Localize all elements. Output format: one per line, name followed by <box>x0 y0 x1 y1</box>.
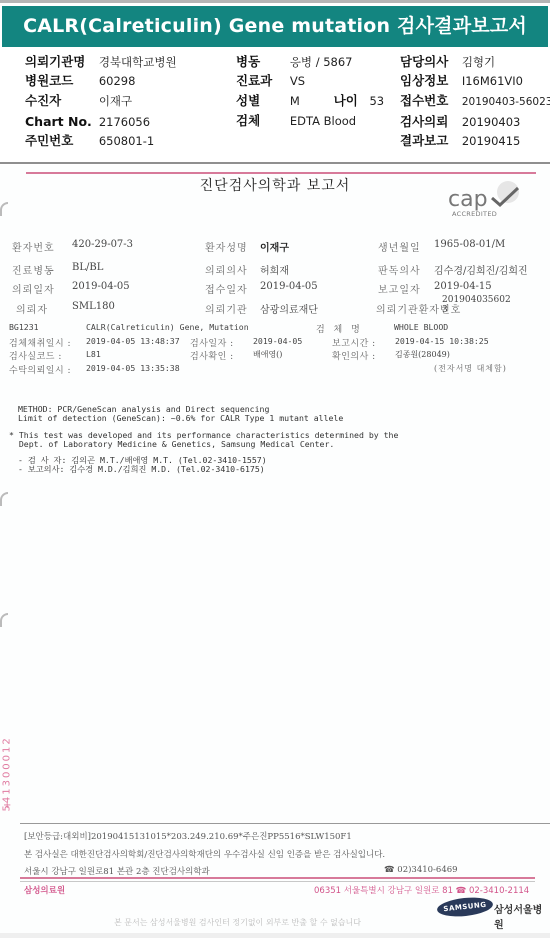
summary-value: 2176056 <box>99 114 150 130</box>
summary-label: 성별 <box>236 93 286 109</box>
summary-label: 병원코드 <box>25 73 95 89</box>
certification-line: 본 검사실은 대한진단검사의학회/진단검사의학재단의 우수검사실 신임 인증을 … <box>24 848 385 860</box>
report-time-label: 보고시간 : <box>332 336 376 349</box>
room-code-label: 검사실코드 : <box>9 349 62 362</box>
method-line: Limit of detection (GeneScan): ~0.6% for… <box>18 413 343 423</box>
summary-label: 임상정보 <box>400 73 458 89</box>
bottom-band <box>0 933 550 938</box>
top-border <box>0 0 550 3</box>
summary-label: 검체 <box>236 113 286 129</box>
security-line: [보안등급:대외비]20190415131015*203.249.210.69*… <box>24 830 352 842</box>
receive-value: 2019-04-05 13:35:38 <box>86 363 180 373</box>
summary-row: 성별 M 나이 53 <box>236 93 384 109</box>
summary-value: 60298 <box>99 73 136 89</box>
summary-label: 담당의사 <box>400 54 458 70</box>
summary-row: 주민번호 650801-1 <box>25 133 154 149</box>
summary-label: Chart No. <box>25 114 95 130</box>
receive-label: 수탁의뢰일시 : <box>9 363 71 376</box>
pink-rule <box>20 877 535 879</box>
summary-label: 병동 <box>236 54 286 70</box>
section-divider <box>0 162 550 164</box>
summary-row: 검사의뢰 20190403 <box>400 114 520 130</box>
test-date-label: 검사일자 : <box>190 336 234 349</box>
summary-label: 결과보고 <box>400 133 458 149</box>
footer-rule <box>20 881 535 882</box>
summary-value: 김형기 <box>462 54 495 70</box>
doctor-label: 확인의사 : <box>332 349 376 362</box>
report-header-title: CALR(Calreticulin) Gene mutation 검사결과보고서 <box>2 6 548 47</box>
summary-label: 주민번호 <box>25 133 95 149</box>
summary-row: 수진자 이재구 <box>25 93 132 109</box>
summary-value: 20190415 <box>462 133 521 149</box>
summary-label: 검사의뢰 <box>400 114 458 130</box>
summary-value: 20190403-56023 <box>462 94 550 110</box>
summary-value: 20190403 <box>462 114 521 130</box>
summary-row: Chart No. 2176056 <box>25 114 150 130</box>
side-plus-mark: + <box>3 800 11 811</box>
test-code: BG1231 <box>9 322 39 332</box>
summary-value: M <box>290 93 330 109</box>
staff-line: - 보고의사: 김수경 M.D./김희진 M.D. (Tel.02-3410-6… <box>18 464 265 474</box>
test-name: CALR(Calreticulin) Gene, Mutation <box>86 322 249 332</box>
summary-row: 접수번호 20190403-56023 <box>400 93 550 110</box>
summary-label: 접수번호 <box>400 93 458 109</box>
summary-label: 진료과 <box>236 73 286 89</box>
specimen-label: 검 체 명 <box>316 322 363 335</box>
scanned-report: 진단검사의학과 보고서 cap ACCREDITED 환자번호 420-29-0… <box>0 165 550 938</box>
punch-hole-mark <box>0 492 8 506</box>
test-date-value: 2019-04-05 <box>253 336 302 346</box>
specimen-value: WHOLE BLOOD <box>394 322 448 332</box>
note-line: Dept. of Laboratory Medicine & Genetics,… <box>9 439 334 449</box>
summary-value: 경북대학교병원 <box>99 54 177 70</box>
disclaimer: 본 문서는 삼성서울병원 검사인터 정기없이 외부로 반출 할 수 없습니다 <box>114 917 361 928</box>
test-detail-block: BG1231 CALR(Calreticulin) Gene, Mutation… <box>0 165 550 385</box>
summary-section: 의뢰기관명 경북대학교병원 병원코드 60298 수진자 이재구 Chart N… <box>0 52 550 156</box>
footer-rule <box>20 823 550 824</box>
summary-value: 650801-1 <box>99 133 154 149</box>
side-serial-code: 541300012 <box>2 722 13 812</box>
summary-value: 이재구 <box>99 93 132 109</box>
age-value: 53 <box>369 93 384 109</box>
collect-label: 검체채취일시 : <box>9 336 71 349</box>
collect-value: 2019-04-05 13:48:37 <box>86 336 180 346</box>
summary-value: EDTA Blood <box>290 113 356 129</box>
org-address: 06351 서울특별시 강남구 일원로 81 ☎ 02-3410-2114 <box>314 884 529 896</box>
hospital-name: 삼성서울병원 <box>494 901 550 931</box>
summary-row: 진료과 VS <box>236 73 305 89</box>
summary-row: 검체 EDTA Blood <box>236 113 356 129</box>
confirm-label: 검사확인 : <box>190 349 234 362</box>
summary-value: 응병 / 5867 <box>290 54 353 70</box>
punch-hole-mark <box>0 613 8 627</box>
summary-row: 의뢰기관명 경북대학교병원 <box>25 54 177 70</box>
summary-value: I16M61VI0 <box>462 73 523 89</box>
room-code-value: L81 <box>86 349 101 359</box>
report-time-value: 2019-04-15 10:38:25 <box>395 336 489 346</box>
confirm-value: 배애영() <box>253 349 282 360</box>
summary-label: 의뢰기관명 <box>25 54 95 70</box>
summary-row: 병동 응병 / 5867 <box>236 54 353 70</box>
summary-value: VS <box>290 73 305 89</box>
doctor-value: 김종원(28049) <box>395 349 450 360</box>
summary-row: 임상정보 I16M61VI0 <box>400 73 523 89</box>
summary-row: 병원코드 60298 <box>25 73 135 89</box>
esign-note: (전자서명 대체함) <box>434 363 507 374</box>
org-name: 삼성의료원 <box>24 884 65 896</box>
age-label: 나이 <box>334 93 366 109</box>
summary-row: 담당의사 김형기 <box>400 54 495 70</box>
lab-phone: ☎ 02)3410-6469 <box>384 865 458 875</box>
summary-label: 수진자 <box>25 93 95 109</box>
samsung-logo: SAMSUNG <box>436 895 494 919</box>
lab-address: 서울시 강남구 일원로81 본관 2층 진단검사의학과 <box>24 865 210 877</box>
summary-row: 결과보고 20190415 <box>400 133 520 149</box>
